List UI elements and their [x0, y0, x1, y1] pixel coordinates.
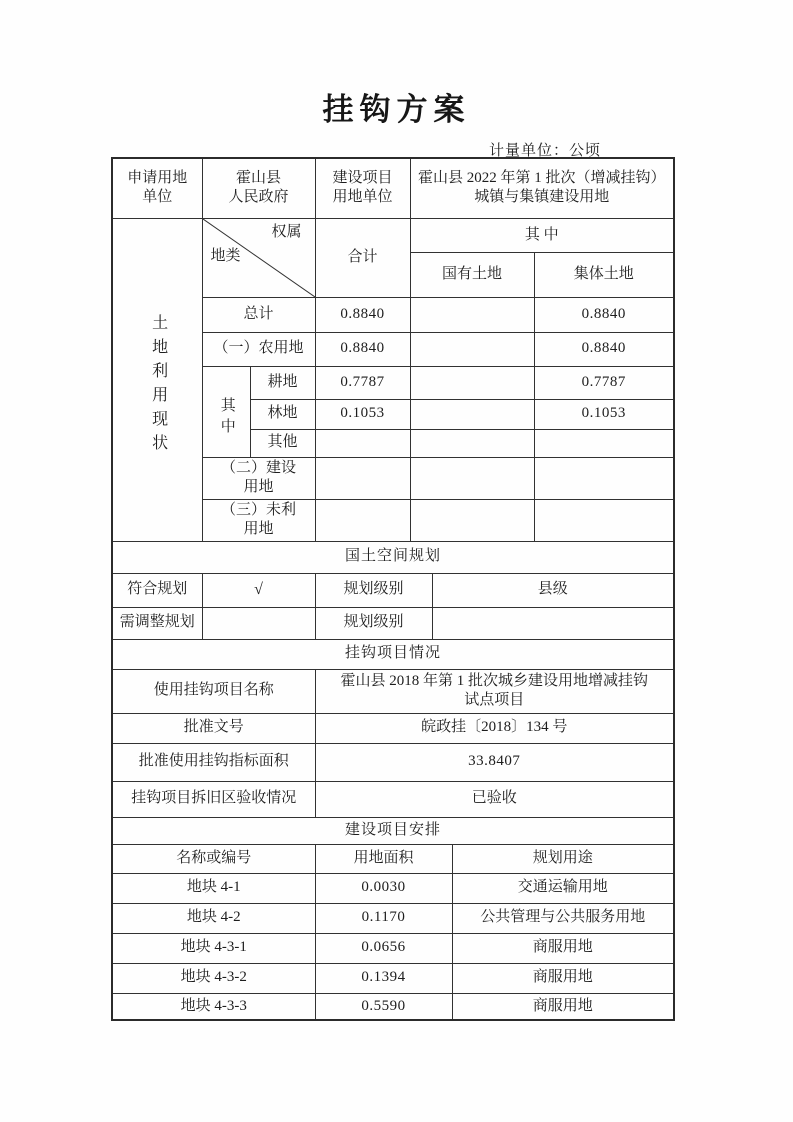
construction-section-row: 建设项目安排 [112, 817, 674, 844]
land-row-name: 林地 [250, 399, 315, 429]
linkage-section-row: 挂钩项目情况 [112, 639, 674, 669]
conform-planning-label: 符合规划 [112, 573, 202, 607]
spatial-planning-section-title: 国土空间规划 [112, 541, 674, 573]
land-row-collective: 0.7787 [534, 366, 674, 399]
planning-row-conform: 符合规划 √ 规划级别 县级 [112, 573, 674, 607]
plot-name-column-header: 名称或编号 [112, 844, 315, 873]
planning-row-adjust: 需调整规划 规划级别 [112, 607, 674, 639]
planning-level-value [432, 607, 674, 639]
linkage-row-project-name: 使用挂钩项目名称 霍山县 2018 年第 1 批次城乡建设用地增减挂钩 试点项目 [112, 669, 674, 713]
land-row-name: （一）农用地 [202, 332, 315, 366]
collective-land-header: 集体土地 [534, 253, 674, 297]
plot-area: 0.1170 [315, 903, 452, 933]
plot-use: 商服用地 [452, 993, 674, 1020]
among-sub-label: 其中 [216, 397, 236, 439]
land-row-collective [534, 457, 674, 499]
plot-name: 地块 4-2 [112, 903, 315, 933]
plot-name: 地块 4-3-1 [112, 933, 315, 963]
plot-row: 地块 4-3-2 0.1394 商服用地 [112, 963, 674, 993]
land-row-state [410, 429, 534, 457]
land-row-state [410, 457, 534, 499]
plot-area: 0.0030 [315, 873, 452, 903]
land-row-collective: 0.8840 [534, 332, 674, 366]
linkage-section-title: 挂钩项目情况 [112, 639, 674, 669]
land-row-collective: 0.1053 [534, 399, 674, 429]
plot-area-column-header: 用地面积 [315, 844, 452, 873]
linkage-plan-table: 申请用地 单位 霍山县 人民政府 建设项目 用地单位 霍山县 2022 年第 1… [111, 157, 675, 1021]
plot-row: 地块 4-2 0.1170 公共管理与公共服务用地 [112, 903, 674, 933]
plot-area: 0.1394 [315, 963, 452, 993]
linkage-row-approval-number: 批准文号 皖政挂〔2018〕134 号 [112, 713, 674, 743]
land-row-total: 0.8840 [315, 297, 410, 332]
adjust-planning-checkmark [202, 607, 315, 639]
planning-level-value: 县级 [432, 573, 674, 607]
planning-level-label: 规划级别 [315, 573, 432, 607]
among-sub-cell: 其中 [202, 366, 250, 457]
land-row-total: 0.1053 [315, 399, 410, 429]
linkage-value: 33.8407 [315, 743, 674, 781]
plot-name: 地块 4-3-3 [112, 993, 315, 1020]
construction-header-row: 名称或编号 用地面积 规划用途 [112, 844, 674, 873]
land-row-collective [534, 429, 674, 457]
linkage-value: 皖政挂〔2018〕134 号 [315, 713, 674, 743]
land-use-section-cell: 土地利用现状 [112, 218, 202, 541]
plot-row: 地块 4-3-3 0.5590 商服用地 [112, 993, 674, 1020]
plot-row: 地块 4-1 0.0030 交通运输用地 [112, 873, 674, 903]
land-row-name: （三）未利 用地 [202, 499, 315, 541]
ownership-diagonal-label: 权属 [272, 223, 302, 243]
land-row-name: （二）建设 用地 [202, 457, 315, 499]
among-which-header: 其 中 [410, 218, 674, 253]
linkage-label: 批准使用挂钩指标面积 [112, 743, 315, 781]
land-row-collective [534, 499, 674, 541]
plot-use: 公共管理与公共服务用地 [452, 903, 674, 933]
plot-name: 地块 4-1 [112, 873, 315, 903]
total-column-header: 合计 [315, 218, 410, 297]
linkage-label: 使用挂钩项目名称 [112, 669, 315, 713]
land-row-state [410, 499, 534, 541]
linkage-value: 已验收 [315, 781, 674, 817]
land-row-total: 0.7787 [315, 366, 410, 399]
plot-use: 交通运输用地 [452, 873, 674, 903]
land-row-name: 其他 [250, 429, 315, 457]
plot-area: 0.5590 [315, 993, 452, 1020]
construction-unit-value: 霍山县 2022 年第 1 批次（增减挂钩） 城镇与集镇建设用地 [410, 158, 674, 218]
applicant-unit-label: 申请用地 单位 [112, 158, 202, 218]
adjust-planning-label: 需调整规划 [112, 607, 202, 639]
land-row-state [410, 332, 534, 366]
plot-name: 地块 4-3-2 [112, 963, 315, 993]
construction-section-title: 建设项目安排 [112, 817, 674, 844]
plot-area: 0.0656 [315, 933, 452, 963]
land-row-total [315, 429, 410, 457]
state-land-header: 国有土地 [410, 253, 534, 297]
conform-planning-checkmark: √ [202, 573, 315, 607]
land-use-section-label: 土地利用现状 [147, 314, 168, 458]
linkage-value: 霍山县 2018 年第 1 批次城乡建设用地增减挂钩 试点项目 [315, 669, 674, 713]
spatial-planning-section-row: 国土空间规划 [112, 541, 674, 573]
construction-unit-label: 建设项目 用地单位 [315, 158, 410, 218]
diagonal-header-cell: 权属 地类 [202, 218, 315, 297]
land-row-name: 总计 [202, 297, 315, 332]
plot-row: 地块 4-3-1 0.0656 商服用地 [112, 933, 674, 963]
planning-level-label: 规划级别 [315, 607, 432, 639]
plot-use: 商服用地 [452, 963, 674, 993]
applicant-unit-value: 霍山县 人民政府 [202, 158, 315, 218]
land-type-diagonal-label: 地类 [211, 247, 241, 267]
land-row-collective: 0.8840 [534, 297, 674, 332]
land-row-state [410, 366, 534, 399]
linkage-label: 挂钩项目拆旧区验收情况 [112, 781, 315, 817]
linkage-row-acceptance: 挂钩项目拆旧区验收情况 已验收 [112, 781, 674, 817]
land-use-header-row-1: 土地利用现状 权属 地类 合计 其 中 [112, 218, 674, 253]
header-row: 申请用地 单位 霍山县 人民政府 建设项目 用地单位 霍山县 2022 年第 1… [112, 158, 674, 218]
land-row-state [410, 297, 534, 332]
plot-use: 商服用地 [452, 933, 674, 963]
land-row-total [315, 457, 410, 499]
linkage-row-indicator-area: 批准使用挂钩指标面积 33.8407 [112, 743, 674, 781]
page-title: 挂钩方案 [0, 0, 793, 129]
land-row-state [410, 399, 534, 429]
land-row-total: 0.8840 [315, 332, 410, 366]
plot-use-column-header: 规划用途 [452, 844, 674, 873]
land-row-total [315, 499, 410, 541]
linkage-label: 批准文号 [112, 713, 315, 743]
land-row-name: 耕地 [250, 366, 315, 399]
document-page: 挂钩方案 计量单位：公顷 申请用地 单位 霍山县 人民政府 建设项目 用地单位 … [0, 0, 793, 1122]
